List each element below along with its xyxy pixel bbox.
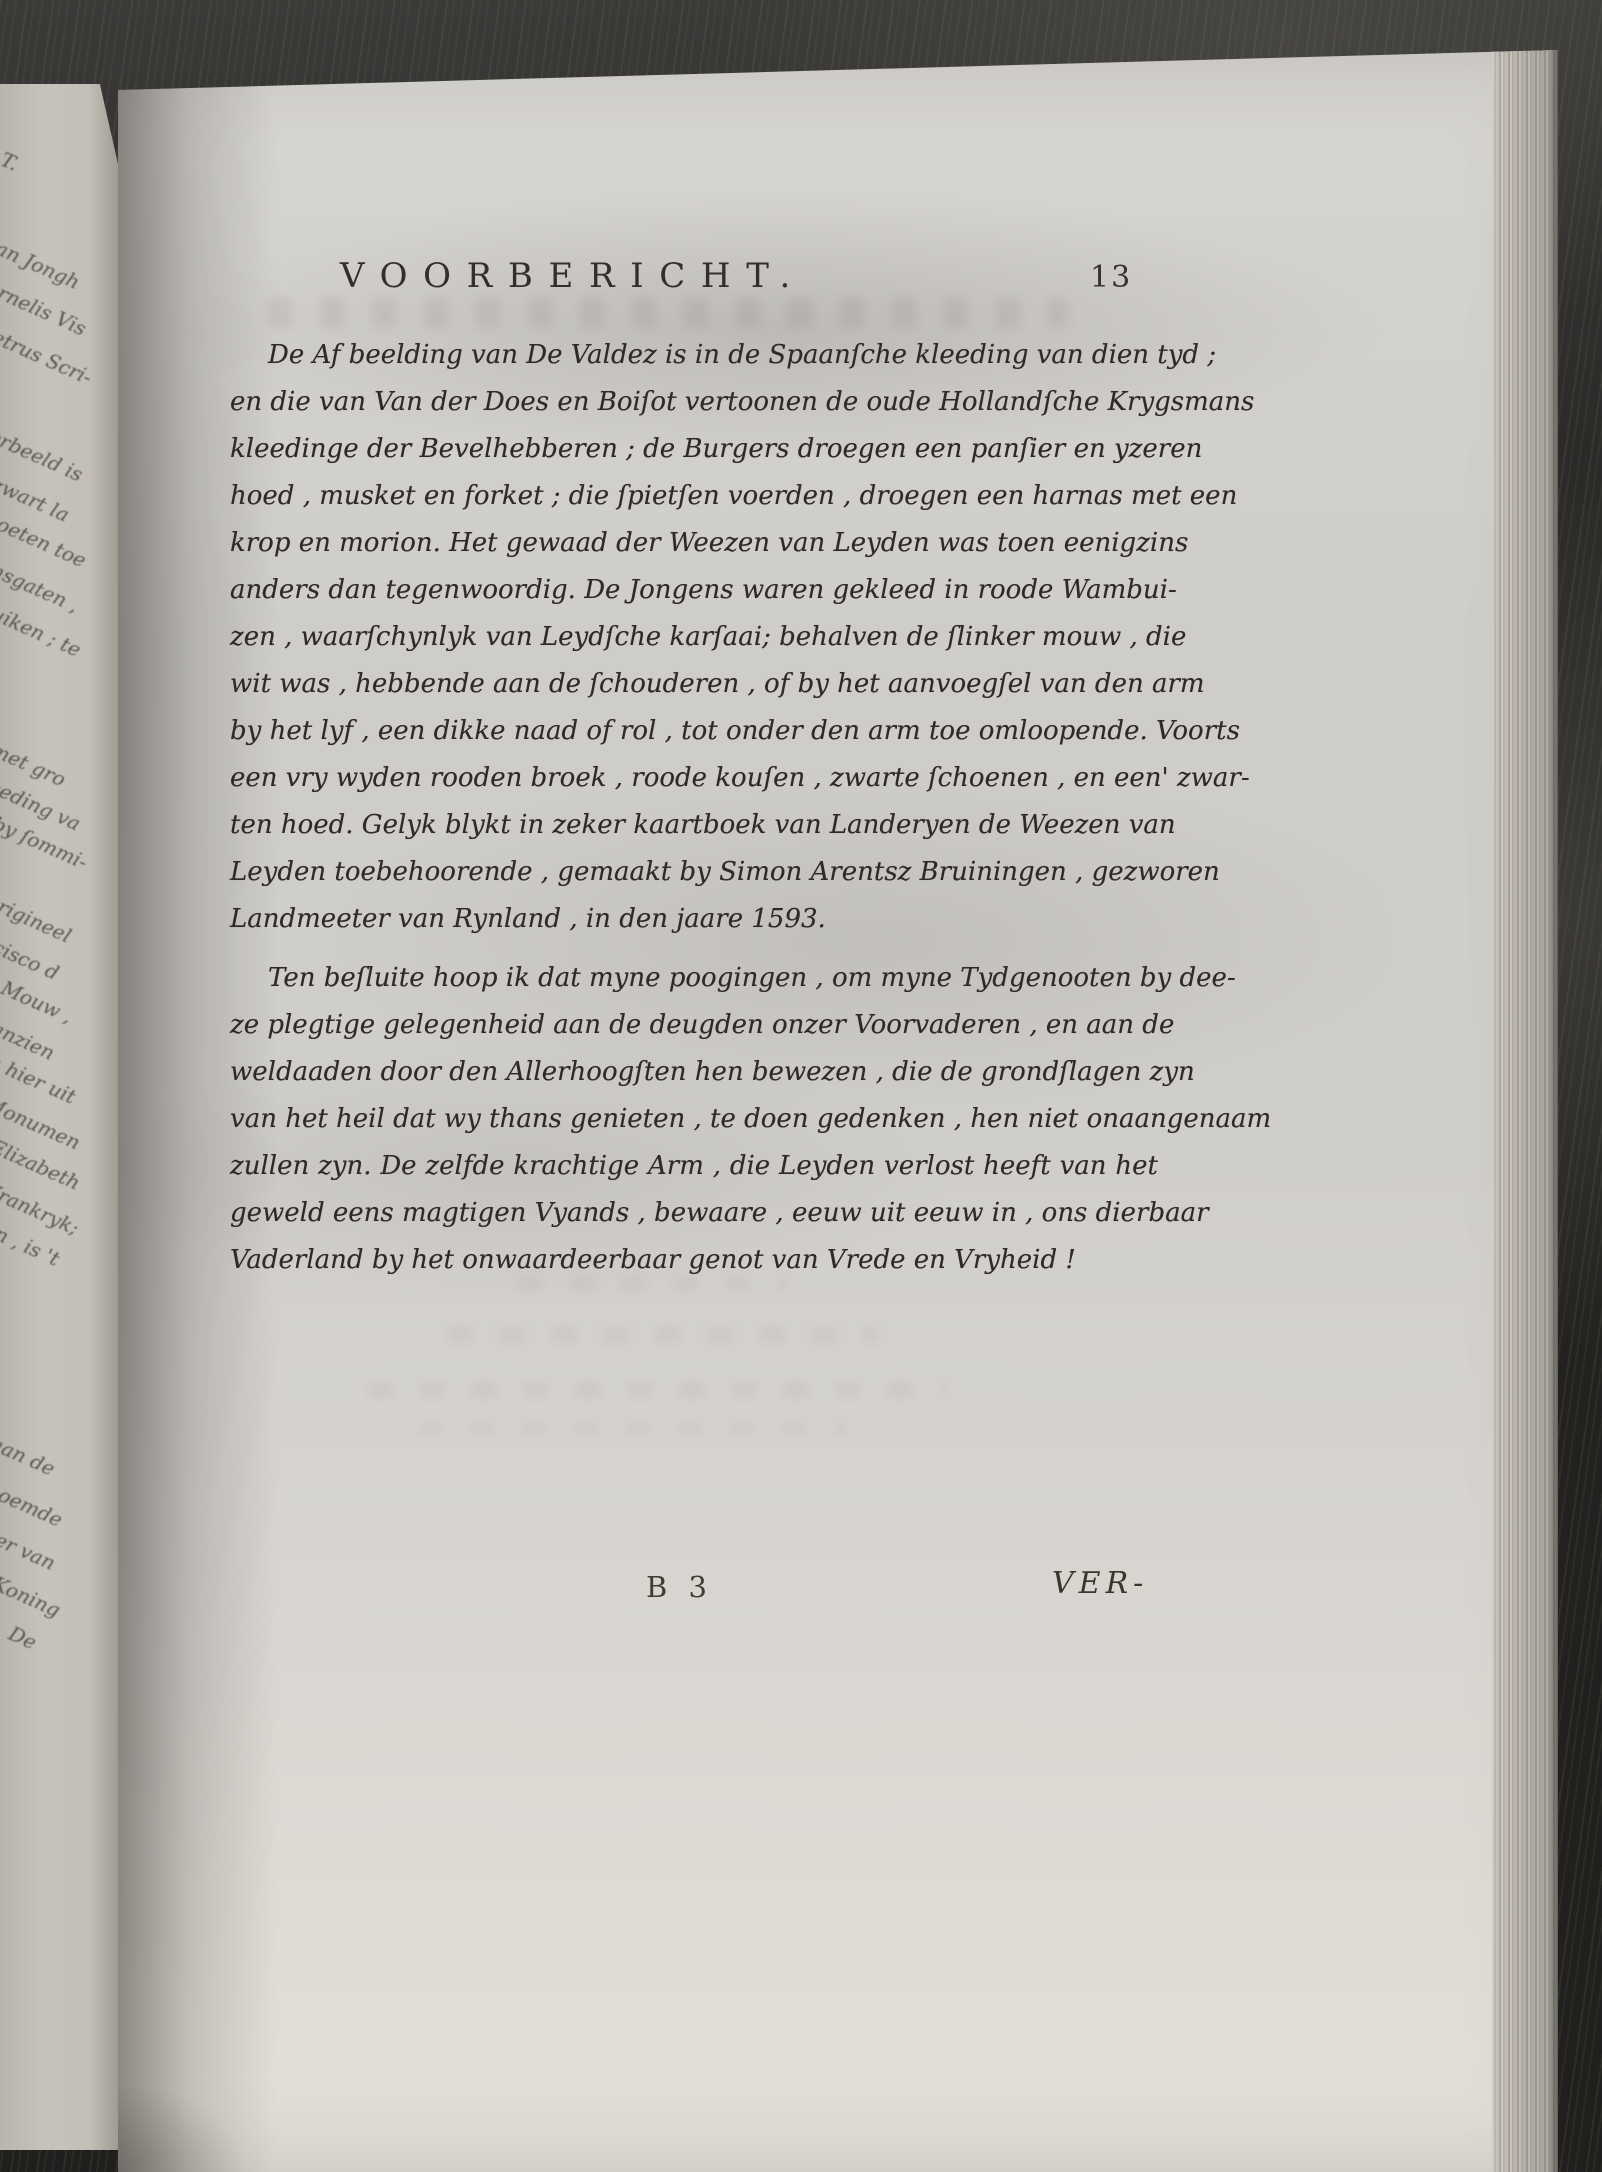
paragraph: Ten beſluite hoop ik dat myne poogingen … xyxy=(230,955,1158,1284)
book-photo: T. ie van Jongh Cornelis Vis Petrus Scri… xyxy=(0,0,1602,2172)
text-line: van het heil dat wy thans genieten , te … xyxy=(230,1096,1158,1143)
text-line: zullen zyn. De zelfde krachtige Arm , di… xyxy=(230,1143,1158,1190)
text-line: ten hoed. Gelyk blykt in zeker kaartboek… xyxy=(230,802,1158,849)
paragraph: De Af beelding van De Valdez is in de Sp… xyxy=(230,332,1158,943)
left-page-fragment: origineel xyxy=(0,889,75,948)
text-line: by het lyf , een dikke naad of rol , tot… xyxy=(230,708,1158,755)
previous-page-edge: T. ie van Jongh Cornelis Vis Petrus Scri… xyxy=(0,84,128,2150)
text-line: De Af beelding van De Valdez is in de Sp… xyxy=(230,332,1158,379)
text-line: zen , waarſchynlyk van Leydſche karſaai;… xyxy=(230,614,1158,661)
text-line: kleedinge der Bevelhebberen ; de Burgers… xyxy=(230,426,1158,473)
left-page-fragment: aan de xyxy=(0,1431,59,1480)
text-line: Leyden toebehoorende , gemaakt by Simon … xyxy=(230,849,1158,896)
left-page-fragment: er van xyxy=(0,1527,59,1575)
text-line: weldaaden door den Allerhoogſten hen bew… xyxy=(230,1049,1158,1096)
left-page-fragment: De xyxy=(5,1621,40,1654)
left-page-fragment: noemde xyxy=(0,1477,66,1532)
left-page-fragment: verbeeld is xyxy=(0,419,87,486)
show-through-line xyxy=(418,1422,848,1436)
show-through-line xyxy=(368,1382,948,1398)
left-page-fragment: Koning xyxy=(0,1571,64,1622)
page-number: 13 xyxy=(1090,260,1132,295)
text-line: Landmeeter van Rynland , in den jaare 15… xyxy=(230,896,1158,943)
show-through-line xyxy=(448,1327,878,1343)
show-through-line xyxy=(268,298,1068,328)
text-line: wit was , hebbende aan de ſchouderen , o… xyxy=(230,661,1158,708)
text-line: Ten beſluite hoop ik dat myne poogingen … xyxy=(230,955,1158,1002)
body-text: De Af beelding van De Valdez is in de Sp… xyxy=(230,332,1158,1284)
book-page: VOORBERICHT. 13 De Af beelding van De Va… xyxy=(118,50,1558,2172)
text-line: anders dan tegenwoordig. De Jongens ware… xyxy=(230,567,1158,614)
left-page-fragment: T. xyxy=(0,147,22,176)
text-line: ze plegtige gelegenheid aan de deugden o… xyxy=(230,1002,1158,1049)
catchword: VER- xyxy=(1052,1566,1148,1601)
page-edge-stack xyxy=(1492,50,1558,2172)
text-line: krop en morion. Het gewaad der Weezen va… xyxy=(230,520,1158,567)
text-line: Vaderland by het onwaardeerbaar genot va… xyxy=(230,1237,1158,1284)
text-line: een vry wyden rooden broek , roode kouſe… xyxy=(230,755,1158,802)
signature-mark: B 3 xyxy=(646,1570,713,1604)
text-line: hoed , musket en forket ; die ſpietſen v… xyxy=(230,473,1158,520)
text-line: en die van Van der Does en Boiſot vertoo… xyxy=(230,379,1158,426)
page-title: VOORBERICHT. xyxy=(340,256,806,296)
text-line: geweld eens magtigen Vyands , bewaare , … xyxy=(230,1190,1158,1237)
